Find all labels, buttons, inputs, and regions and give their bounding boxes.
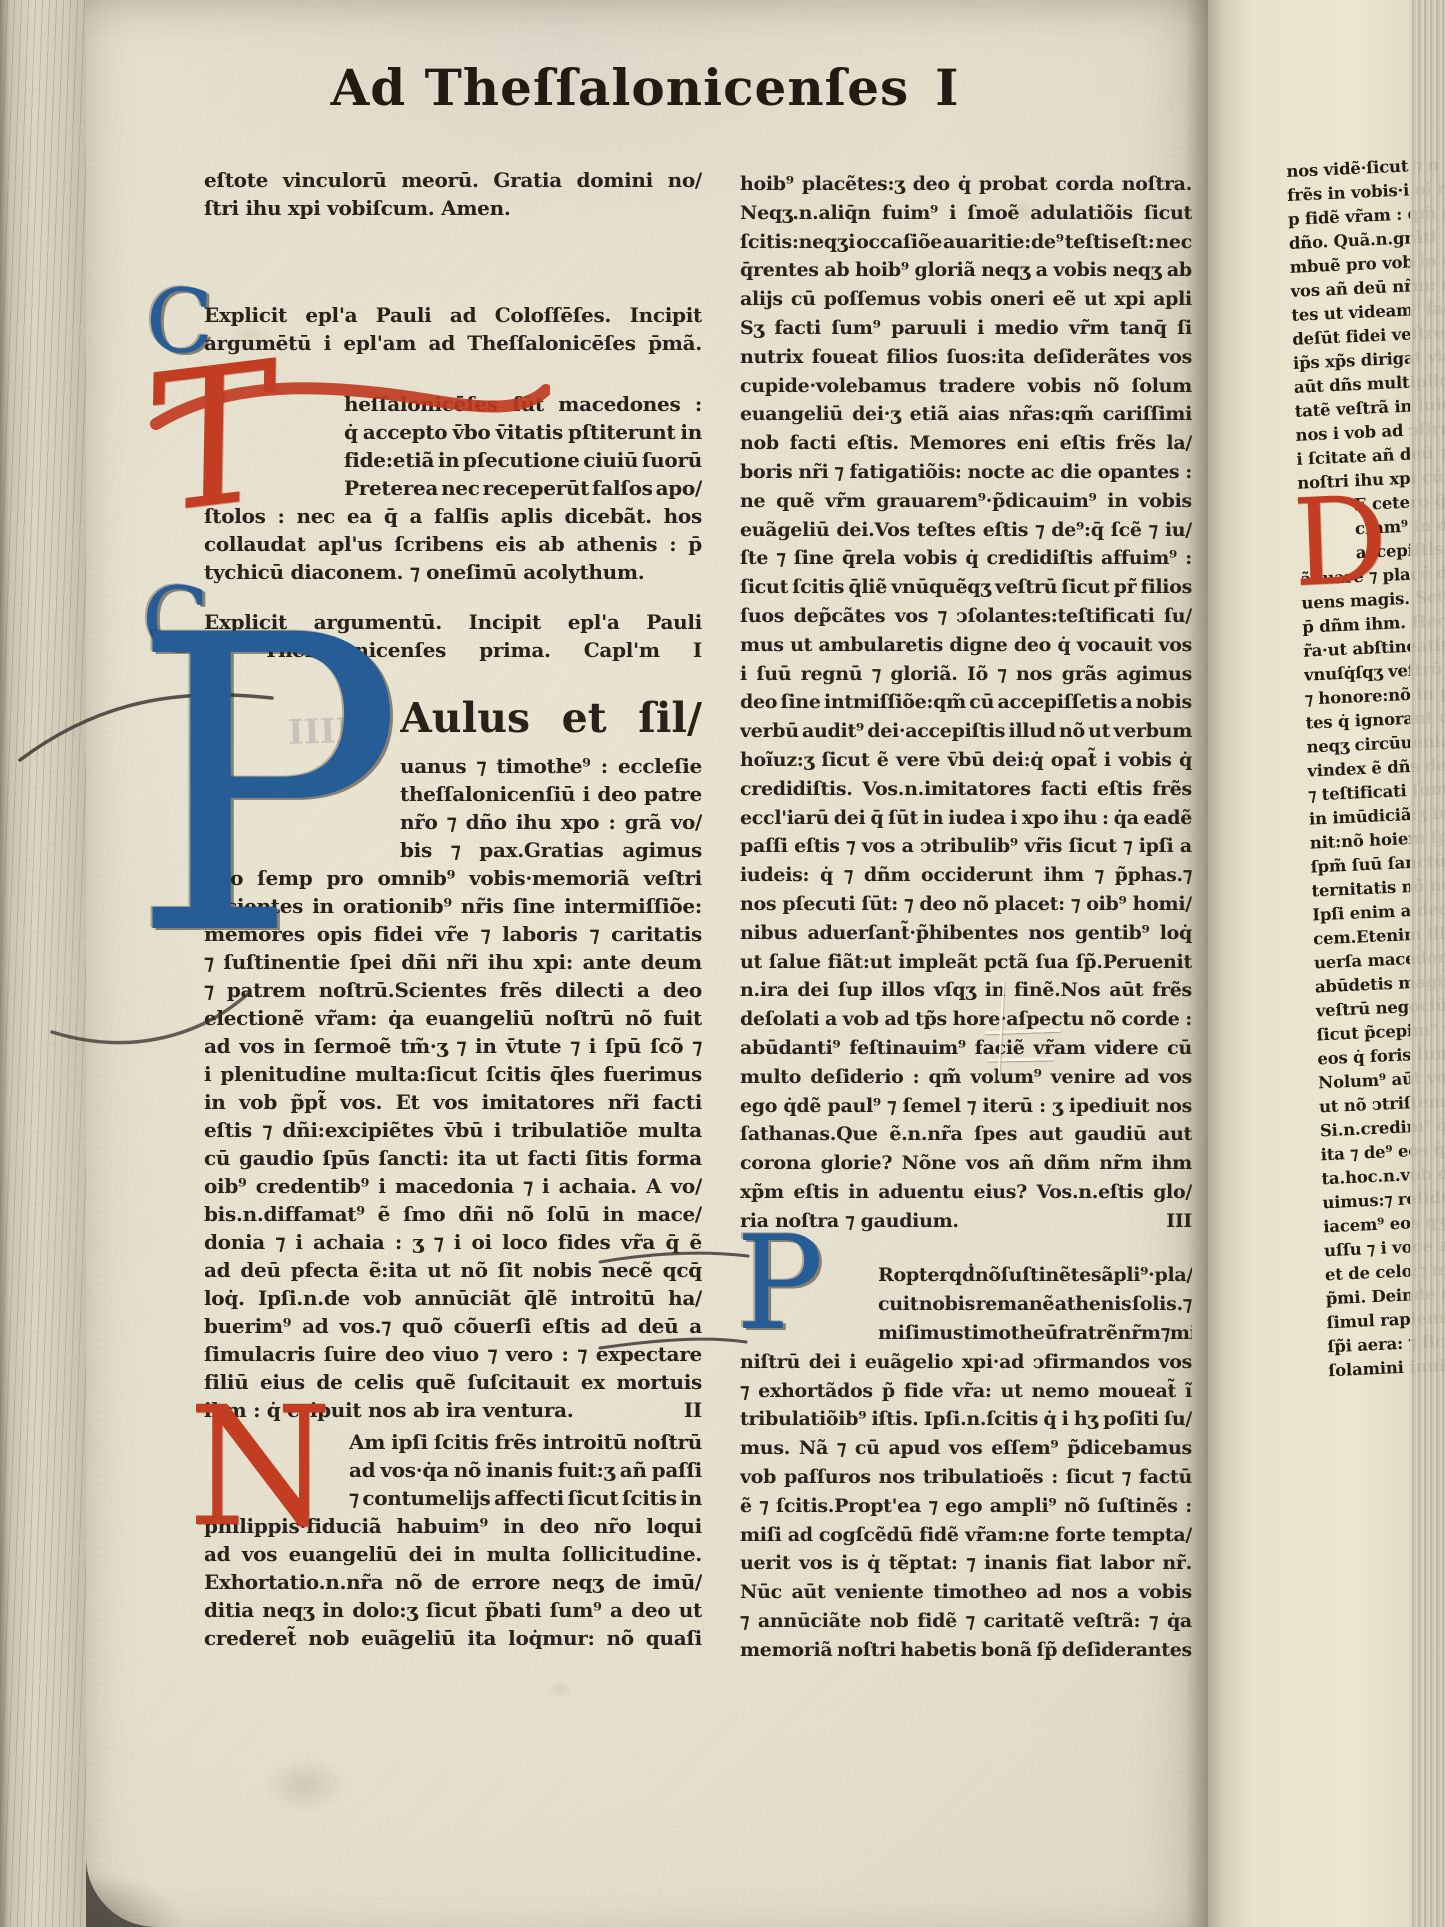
word: pr̃ [1114, 573, 1137, 602]
word: cū [855, 1434, 880, 1463]
word: nr̃o [400, 808, 438, 836]
word: euãgelio [865, 1348, 953, 1377]
illuminated-initial-t: T [149, 343, 278, 535]
word: añ [1009, 1149, 1035, 1178]
word: ſmoẽ [967, 199, 1019, 228]
word: Capl'm [584, 636, 660, 664]
word: epl'a [305, 301, 357, 329]
word: q̇ [965, 544, 978, 573]
text-line: theſſalonicenſiūideopatre [400, 780, 702, 808]
text-line: alijscūpoſſemusvobisonerieẽutxpiapli [740, 285, 1192, 314]
word: athenis [1055, 1290, 1132, 1319]
text-line: iſuūregnū⁊gloriã.Iõ⁊nosgrãsagimus [740, 660, 1192, 689]
word: miſi [740, 1521, 782, 1550]
word: remanẽ [976, 1290, 1055, 1319]
word: ſil/ [638, 688, 702, 748]
word: deo [913, 170, 950, 199]
text-line: cuitnobisremanẽathenisſolis.⁊ [878, 1290, 1192, 1319]
word: ⁊ [938, 602, 947, 631]
word: q̇ [867, 1549, 880, 1578]
word: occiderunt [921, 861, 1033, 890]
word: nocte [968, 458, 1025, 487]
book-photo: Ad TheſſalonicenſesI IIII eſtotevinculor… [0, 0, 1445, 1927]
word: mortuis [616, 1368, 702, 1396]
text-line: bis.n.diffamat⁹ẽſmodñinõſolūinmace/ [204, 1200, 702, 1228]
word: grã [625, 808, 662, 836]
word: nõ [1093, 372, 1119, 401]
word: I [693, 636, 702, 664]
word: deſiderio [810, 1063, 903, 1092]
word: vos [799, 1549, 833, 1578]
word: p̄ [688, 530, 702, 558]
word: ⁊ [487, 1340, 497, 1368]
word: labor [1100, 1549, 1154, 1578]
word: vos [433, 1088, 468, 1116]
word: dei:q̇ [992, 746, 1043, 775]
text-line: ſathanas.Queẽ.n.nr̃aſpesautgaudiūaut [740, 1120, 1192, 1149]
word: i [295, 1228, 302, 1256]
word: v̄bū [947, 746, 984, 775]
word: ↄſolantes:teſtificati [956, 602, 1154, 631]
word: dolo:ʒ [352, 1596, 417, 1624]
word: ſine [794, 544, 834, 573]
word: moueat̃ [1098, 1377, 1176, 1406]
word: ego [740, 1092, 777, 1121]
word: ſolis.⁊ [1132, 1290, 1192, 1319]
text-line: ditianeqʒindolo:ʒſicutp̃batiſum⁹adeout [204, 1596, 702, 1624]
word: dñi [401, 948, 436, 976]
word: ẽ [740, 1492, 752, 1521]
word: vos [949, 1434, 983, 1463]
word: p̃pt̃ [290, 1088, 326, 1116]
word: xpi [1114, 285, 1145, 314]
word: paſſi [652, 1456, 702, 1484]
word: ad [1124, 1063, 1149, 1092]
word: i [454, 1228, 461, 1256]
text-line: cūgaudioſpūsſancti:itautfactiſitisforma [204, 1144, 702, 1172]
word: ẽ [378, 1200, 390, 1228]
text-line: Neqʒ.n.aliq̄nfuim⁹iſmoẽadulatiõisſicut [740, 199, 1192, 228]
word: ne [740, 487, 765, 516]
word: loq̇mur: [508, 1624, 594, 1652]
word: ſuorū [642, 446, 702, 474]
word: fatigatiõis: [850, 458, 962, 487]
word: factū [1139, 1463, 1192, 1492]
word: vob [363, 1284, 401, 1312]
word: ẽ [690, 1228, 702, 1256]
word: frẽs [495, 1428, 537, 1456]
word: ⁊ [837, 1434, 846, 1463]
text-line: q̇acceptov̄bov̄itatispſtiteruntin [344, 418, 702, 446]
word: nõ [454, 1456, 481, 1484]
text-line: invobp̃pt̃vos.Etvosimitatoresnr̃ifacti [204, 1088, 702, 1116]
word: ad [204, 1032, 230, 1060]
text-line: Exhortatio.n.nr̃anõdeerroreneqʒdeimū/ [204, 1568, 702, 1596]
word: tempta/ [1112, 1521, 1192, 1550]
text-line: eccl'iarūdeiq̄ſūtiniudeaixpoihu:q̇aeadẽ [740, 804, 1192, 833]
word: i [977, 314, 984, 343]
word: agimus [622, 836, 702, 864]
word: n.ira [740, 976, 788, 1005]
word: macedonia [395, 1172, 514, 1200]
word: : [608, 808, 615, 836]
text-line: advosinſermoẽtm̃·ʒ⁊inv̄tute⁊iſpūſcõ⁊ [204, 1032, 702, 1060]
word: ad [349, 1456, 375, 1484]
word: ſuos:ita [946, 343, 1024, 372]
word: die [1060, 458, 1092, 487]
word: oib⁹ [1086, 890, 1126, 919]
text-line: nibusaduerſant̃·p̃hibentesnosgentib⁹loq̇ [740, 919, 1192, 948]
word: miſimus [878, 1319, 963, 1348]
text-line: nobfactieſtis.Memoresenieſtisfrẽsla/ [740, 429, 1192, 458]
text-line: abūdanti⁹feſtinauim⁹faciẽvr̃amviderecū [740, 1034, 1192, 1063]
word: aduentu [878, 1178, 964, 1207]
text-line: addeūpfectaẽ:itautnõſitnobisnecẽqcq̄ [204, 1256, 702, 1284]
word: ⁊ [570, 1032, 580, 1060]
word: i [378, 1172, 385, 1200]
word: ſcitis [622, 1484, 677, 1512]
word: eſtis [204, 1116, 252, 1144]
word: nibus [740, 919, 797, 948]
word: paſſuros [784, 1463, 871, 1492]
word: ſancti: [378, 1144, 448, 1172]
word: hoib⁹ [740, 170, 794, 199]
word: q̇dẽ [783, 1092, 821, 1121]
word: vos·q̇a [380, 1456, 448, 1484]
word: Ropter [878, 1261, 949, 1290]
text-line: uanus⁊timothe⁹:eccleſie [400, 752, 702, 780]
word: pſecuti [782, 890, 855, 919]
word: veniente [835, 1578, 924, 1607]
word: cogſcẽdū [819, 1521, 913, 1550]
word: Vos.n.imitatores [862, 775, 1030, 804]
word: ⁊ [904, 890, 913, 919]
word: caritatẽ [984, 1607, 1065, 1636]
word: nr̃is [461, 892, 504, 920]
text-line: ſuosdep̃cãtesvos⁊ↄſolantes:teſtificatiſu… [740, 602, 1192, 631]
word: fiat [1056, 1549, 1091, 1578]
word: nos [1016, 660, 1052, 689]
word: i [849, 1348, 856, 1377]
text-line: tribulatiõib⁹iſtis.Ipſi.n.ſcitisq̇ihʒpoſ… [740, 1405, 1192, 1434]
text-line: ſimulacrisſuiredeoviuo⁊vero:⁊expectare [204, 1340, 702, 1368]
word: verbum [1113, 717, 1192, 746]
word: multo [740, 1063, 801, 1092]
text-line: eſtis⁊dñi:excipiẽtesv̄būitribulatiõemult… [204, 1116, 702, 1144]
word: auaritie:de⁹ [943, 228, 1064, 257]
word: vr̃a: [952, 1377, 991, 1406]
word: pfecta [291, 1256, 359, 1284]
word: apud [889, 1434, 941, 1463]
word: iterū [982, 1092, 1032, 1121]
word: nec [441, 474, 480, 502]
word: in [454, 1540, 476, 1568]
word: a [1120, 688, 1132, 717]
word: q̄rela [842, 544, 895, 573]
text-line: advos·q̇anõinanisfuit:ʒañpaſſi [349, 1456, 702, 1484]
word: eẽ [1052, 285, 1076, 314]
text-line: verbūaudit⁹dei·accepiſtisilludnõutverbum [740, 717, 1192, 746]
page-edges-right [1410, 0, 1445, 1927]
text-line: nequẽvr̃mgrauarem⁹·p̃dicauim⁹invobis [740, 487, 1192, 516]
word: ⁊ [740, 1377, 749, 1406]
word: dñi:excipiẽtes [282, 1116, 433, 1144]
word: q̄rentes [740, 256, 819, 285]
word: nob [870, 1607, 909, 1636]
word: ⁊ [1071, 890, 1080, 919]
word: paruuli [891, 314, 967, 343]
word: i [1010, 804, 1017, 833]
word: buerim⁹ [204, 1312, 291, 1340]
word: dei·accepiſtis [867, 717, 1005, 746]
word: ſolū [547, 1200, 590, 1228]
word: accepto [363, 418, 448, 446]
word: nos [879, 1463, 915, 1492]
word: a [825, 1005, 837, 1034]
word: vob [843, 1005, 879, 1034]
word: ad [1036, 1578, 1061, 1607]
text-line: hoib⁹placẽtes:ʒdeoq̇probatcordanoſtra. [740, 170, 1192, 199]
word: neqʒ [552, 1568, 603, 1596]
word: ⁊ [887, 1092, 896, 1121]
word: ⁊ [966, 1549, 975, 1578]
word: inanis [486, 1456, 553, 1484]
word: ẽ:ita [369, 1256, 417, 1284]
text-line: euangeliūdei·ʒetiãaiasnr̃as:qm̃cariſſimi [740, 400, 1192, 429]
word: quõ [402, 1312, 443, 1340]
word: vos. [340, 1088, 382, 1116]
text-line: deſolatiavobadtp̃shore·aſpectunõcorde: [740, 1005, 1192, 1034]
word: falſos [592, 474, 653, 502]
word: deū [638, 1312, 678, 1340]
word: grauarem⁹·p̃dicauim⁹ [876, 487, 1096, 516]
word: xpo [1022, 804, 1058, 833]
word: vobis [904, 544, 957, 573]
word: ⁊ [1035, 516, 1044, 545]
word: ⁊ [477, 752, 487, 780]
word: Ipſi.n.de [258, 1284, 350, 1312]
word: nõ [1059, 717, 1085, 746]
word: ut [740, 948, 762, 977]
word: mus [740, 631, 784, 660]
word: Pauli [646, 608, 702, 636]
word: celis [354, 1368, 404, 1396]
word: Ipſi.n.ſcitis [924, 1405, 1038, 1434]
word: digne [949, 631, 1007, 660]
word: accepiſſetis [997, 688, 1117, 717]
word: ihu [516, 808, 552, 836]
word: errore [472, 1568, 541, 1596]
word: ipediuit [1069, 1092, 1150, 1121]
word: ãpli⁹·pla/ [1101, 1261, 1192, 1290]
word: v̄bo [452, 418, 490, 446]
word: aias [958, 400, 999, 429]
word: ſpes [974, 1120, 1017, 1149]
word: heſſalonicēſes [344, 390, 498, 418]
word: eis [495, 530, 526, 558]
text-line: q̄rentesabhoib⁹gloriãneqʒavobisneqʒab [740, 256, 1192, 285]
word: corda [1055, 170, 1113, 199]
word: ita [467, 1624, 496, 1652]
word: facti [527, 1144, 576, 1172]
word: ſcẽ [1111, 516, 1142, 545]
text-line: miſimustimotheūfratrẽnr̃m⁊mi/ [878, 1319, 1192, 1348]
word: affecti [494, 1484, 564, 1512]
word: verbū [740, 717, 799, 746]
word: mus. [740, 1434, 790, 1463]
word: vos [862, 832, 896, 861]
word: facti [1041, 775, 1088, 804]
word: in [322, 1596, 344, 1624]
word: deſolati [740, 1005, 819, 1034]
word: laboris [502, 920, 577, 948]
word: intermiſſiõe: [564, 892, 702, 920]
word: in [438, 446, 460, 474]
word: eſt: [1120, 228, 1155, 257]
word: ſollicitudine. [562, 1540, 702, 1568]
word: ⁊ [577, 1340, 587, 1368]
word: multa:ſicut [355, 1060, 477, 1088]
word: vr̃e [435, 920, 469, 948]
word: inanis [984, 1549, 1047, 1578]
word: vobis [1118, 746, 1171, 775]
word: i [204, 1060, 211, 1088]
word: loqui [646, 1512, 702, 1540]
word: : [601, 752, 608, 780]
word: ẽ [877, 746, 889, 775]
word: ipſi [391, 1428, 428, 1456]
word: Et [396, 1088, 420, 1116]
word: ut [427, 1256, 450, 1284]
word: ut [1088, 717, 1110, 746]
word: ea [347, 502, 372, 530]
word: : [1039, 1092, 1046, 1121]
illuminated-initial-p: P [736, 1224, 823, 1344]
word: tm̃·ʒ [400, 1032, 448, 1060]
word: fuit:ʒ [558, 1456, 615, 1484]
word: introitū [543, 1428, 627, 1456]
word: ante [583, 948, 631, 976]
paragraph-chapter-2-continued: hoib⁹placẽtes:ʒdeoq̇probatcordanoſtra.Ne… [740, 170, 1192, 1235]
text-line: eſtotevinculorūmeorū.Gratiadominino/ [204, 166, 702, 194]
word: a [902, 832, 914, 861]
word: intmiſſiõe:qm̃ [824, 688, 966, 717]
word: ⁊ [349, 1484, 359, 1512]
word: eſtis [1060, 429, 1105, 458]
word: nos [1071, 1578, 1107, 1607]
word: deo [919, 890, 956, 919]
text-line: donia⁊iachaia:ʒ⁊ioilocofidesvr̃aq̄ẽ [204, 1228, 702, 1256]
word: facti [653, 1088, 702, 1116]
word: a [1117, 1578, 1129, 1607]
text-line: xp̃meſtisinaduentueius?Vos.n.eſtisglo/ [740, 1178, 1192, 1207]
word: illos [881, 976, 925, 1005]
word: ſalue [769, 948, 821, 977]
word: ab [538, 530, 564, 558]
word: quẽ [776, 487, 814, 516]
word: placet: [995, 890, 1065, 919]
word: euangeliū [740, 400, 843, 429]
word: eſtis [793, 1178, 838, 1207]
word: deum [641, 948, 702, 976]
word: noſtra. [1122, 170, 1192, 199]
word: cupide·volebamus [740, 372, 926, 401]
word: vobis [1139, 487, 1192, 516]
word: dñi [458, 1200, 493, 1228]
word: meorū. [401, 166, 478, 194]
text-line: ⁊contumelijsaffectiſicutſcitisin [349, 1484, 702, 1512]
word: vinculorū [283, 166, 387, 194]
word: ↄfirmandos [1033, 1348, 1150, 1377]
word: fidẽ [919, 1521, 959, 1550]
word: achaia. [559, 1172, 637, 1200]
word: ſp̃ [1036, 1636, 1057, 1665]
text-line: Pretereanecreceperūtfalſosapo/ [344, 474, 702, 502]
word: : [395, 1228, 402, 1256]
word: contumelijs [362, 1484, 490, 1512]
word: in [680, 418, 702, 446]
word: dei [797, 976, 829, 1005]
word: paſſi [740, 832, 788, 861]
word: i [740, 660, 747, 689]
word: facti [790, 429, 837, 458]
chapter-numeral: II [684, 1396, 702, 1424]
word: p̃ [882, 1377, 895, 1406]
word: vſqʒ [934, 976, 976, 1005]
word: eccl'iarū [740, 804, 829, 833]
word: vero [506, 1340, 553, 1368]
word: ſūt [888, 804, 918, 833]
word: habetis [900, 1636, 976, 1665]
word: aut [1029, 1120, 1063, 1149]
word: vos [966, 1149, 1000, 1178]
word: dilecti [555, 976, 624, 1004]
word: vos [239, 1032, 274, 1060]
word: tp̃s [915, 1005, 947, 1034]
word: q̄les [550, 1060, 594, 1088]
word: nec [296, 502, 335, 530]
word: i [949, 199, 956, 228]
word: ſuſtinẽs [1097, 1492, 1177, 1521]
word: nobis [532, 1256, 591, 1284]
word: a [637, 976, 650, 1004]
word: medio [995, 314, 1059, 343]
illuminated-initial-n: N [188, 1392, 332, 1544]
word: ſuſtinẽtes [1001, 1261, 1102, 1290]
word: plenitudine [220, 1060, 346, 1088]
word: regnū [801, 660, 863, 689]
word: neqʒ [1112, 256, 1161, 285]
word: tanq̄ [1120, 314, 1167, 343]
word: ⁊ [997, 660, 1006, 689]
word: tribulatioẽs [923, 1463, 1044, 1492]
word: dei [834, 804, 866, 833]
word: vobis·memoriã [469, 864, 629, 892]
word: bis.n.diffamat⁹ [204, 1200, 365, 1228]
word: a [409, 502, 422, 530]
word: ſūt [512, 390, 543, 418]
word: introitū [571, 1284, 655, 1312]
word: q̄ [665, 1228, 679, 1256]
word: ⁊ [928, 1492, 937, 1521]
word: eius? [974, 1178, 1027, 1207]
word: poſſemus [824, 285, 921, 314]
text-line: ſtri ihu xpi vobiſcum. Amen. [204, 194, 702, 222]
word: theſſalonicenſiū [400, 780, 575, 808]
word: xpi: [533, 948, 573, 976]
text-line: vobpaſſurosnostribulatioẽs:ſicut⁊factū [740, 1463, 1192, 1492]
word: i [848, 228, 855, 257]
